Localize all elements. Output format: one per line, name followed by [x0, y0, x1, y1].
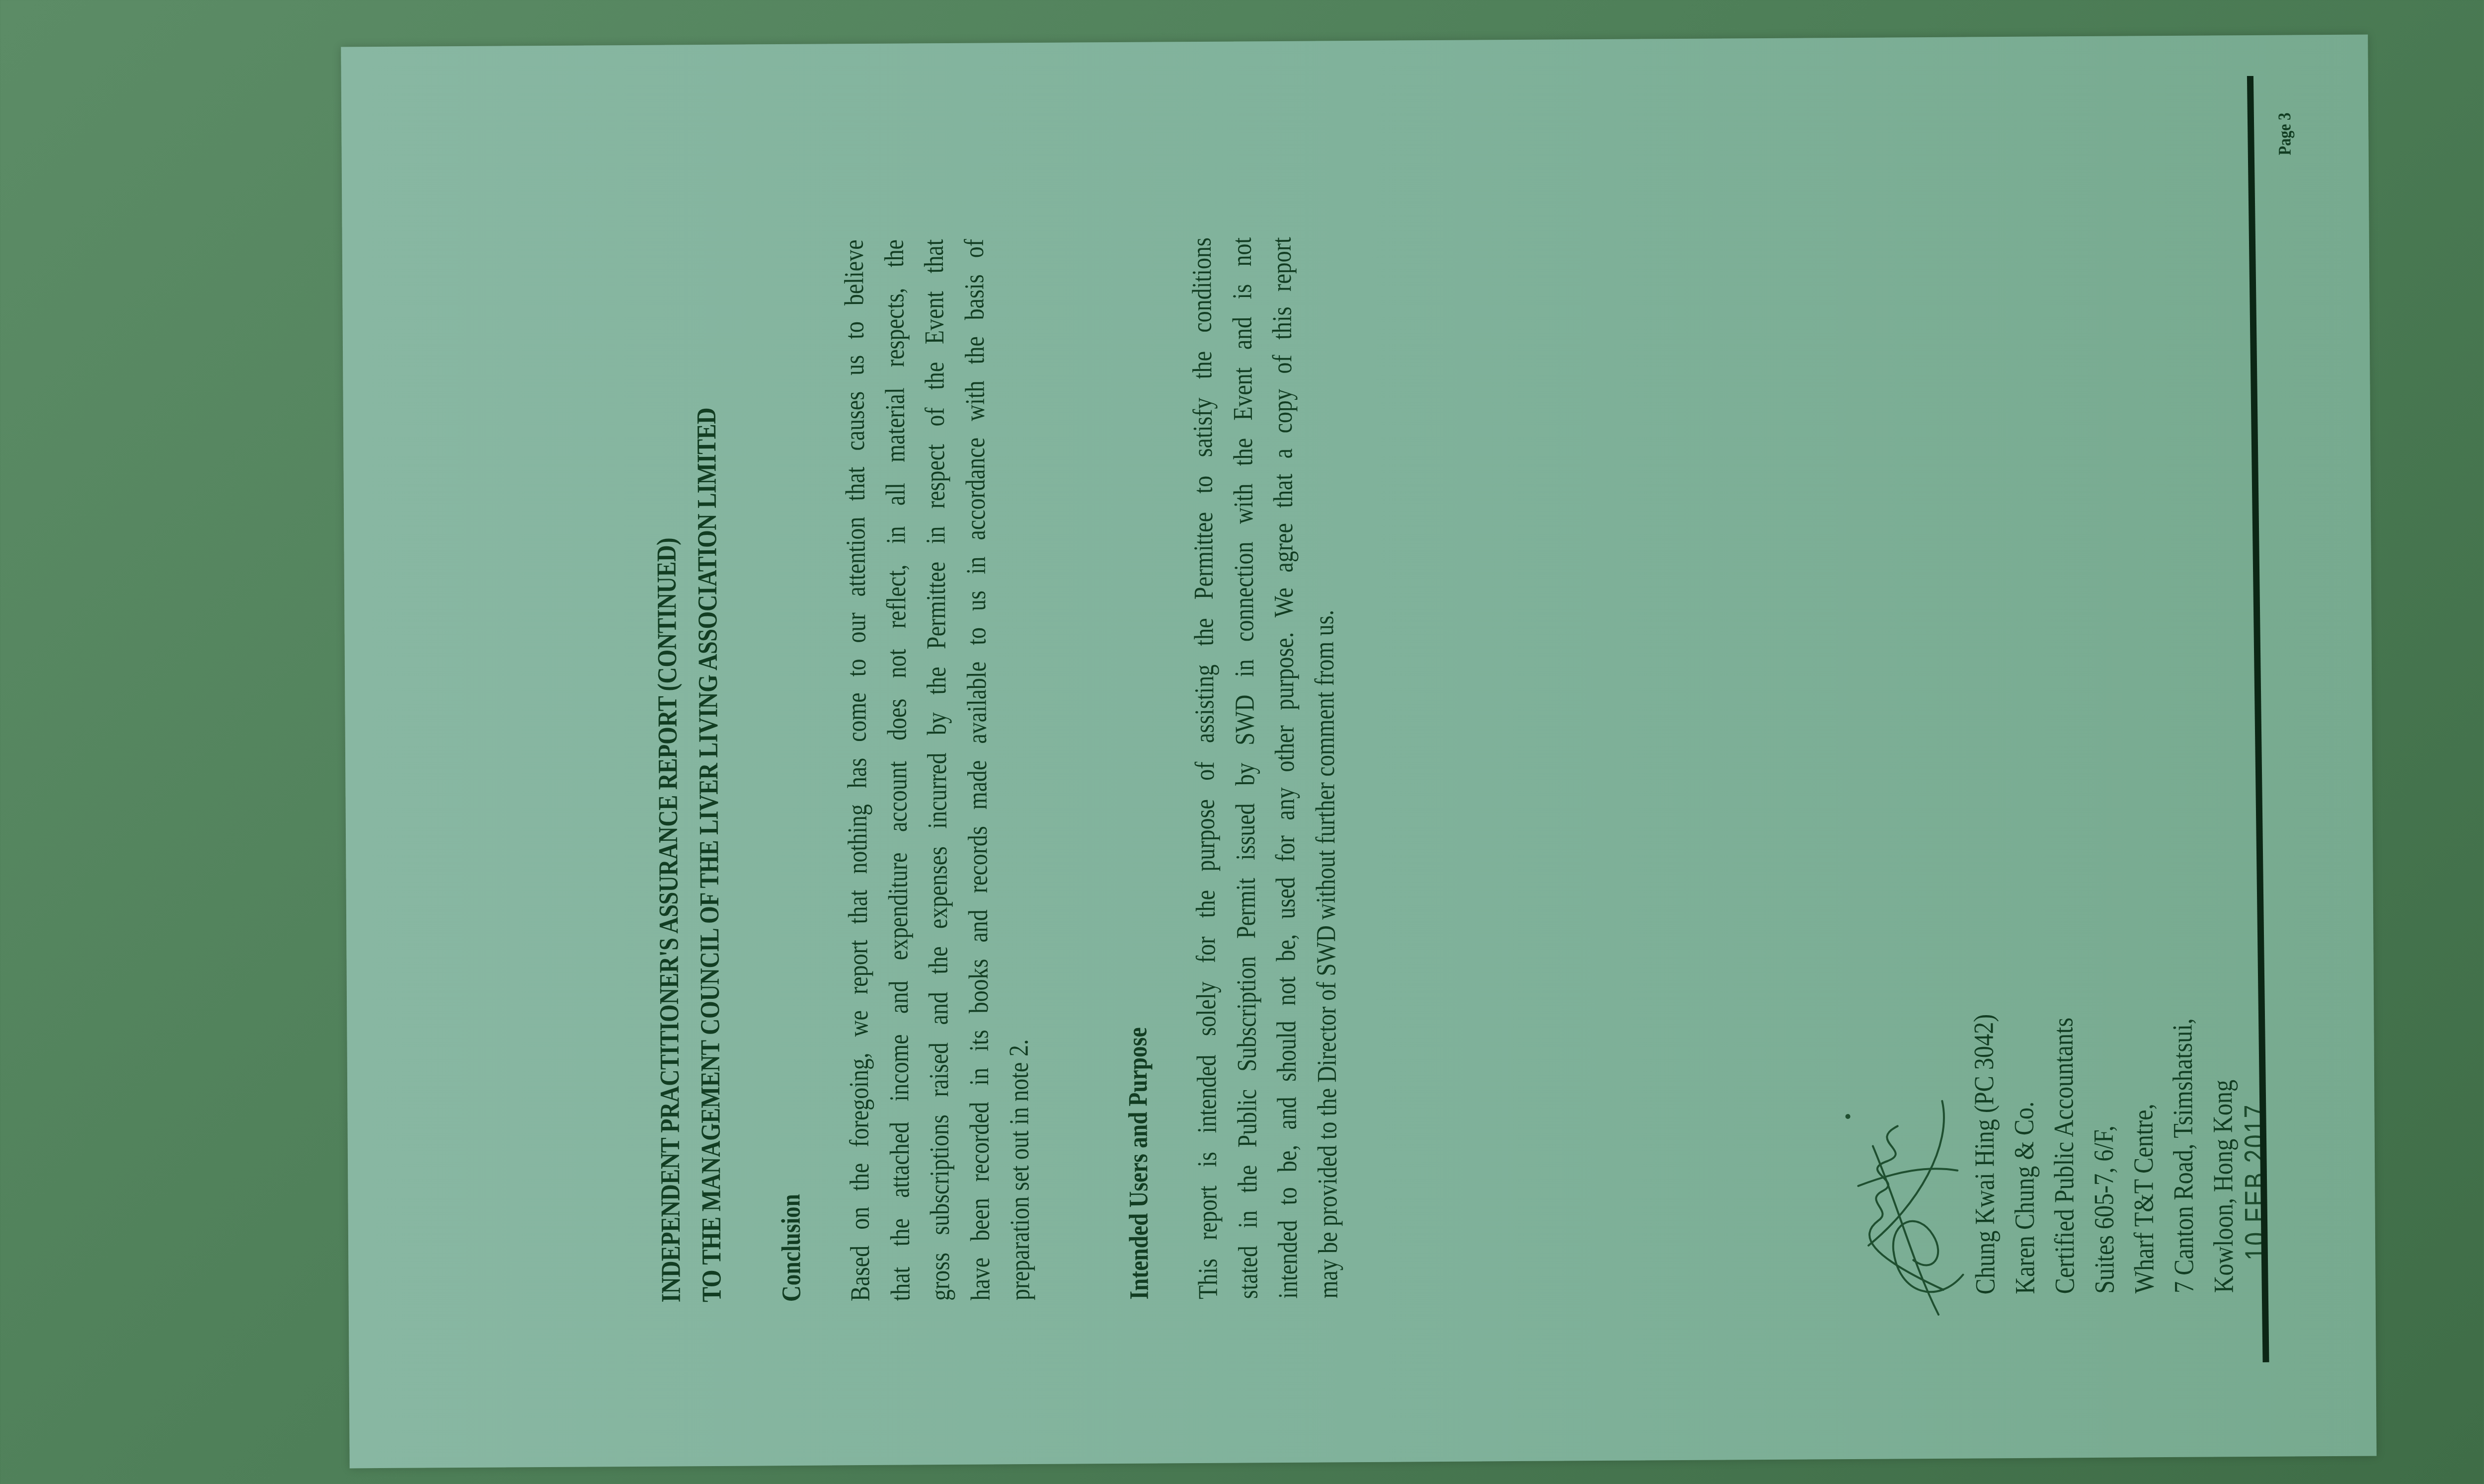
conclusion-paragraph: Based on the foregoing, we report that n… — [834, 238, 1041, 1301]
section-title-conclusion: Conclusion — [775, 1194, 806, 1302]
paragraph-line: intended to be, and should not be, used … — [1262, 237, 1309, 1299]
report-heading: INDEPENDENT PRACTITIONER'S ASSURANCE REP… — [645, 408, 732, 1303]
section-title-intended-users: Intended Users and Purpose — [1122, 1027, 1154, 1300]
paragraph-line: may be provided to the Director of SWD w… — [1302, 237, 1348, 1299]
signatory-block: Chung Kwai Hing (PC 3042) Karen Chung & … — [1964, 1013, 2244, 1295]
firm-designation: Certified Public Accountants — [2043, 1014, 2085, 1294]
address-line: 7 Canton Road, Tsimshatsui, — [2163, 1013, 2204, 1293]
page-number: Page 3 — [2274, 113, 2295, 155]
paper-sheet: INDEPENDENT PRACTITIONER'S ASSURANCE REP… — [341, 35, 2376, 1469]
intended-users-paragraph: This report is intended solely for the p… — [1182, 237, 1348, 1300]
address-line: Suites 605-7, 6/F, — [2083, 1013, 2124, 1294]
paragraph-line: This report is intended solely for the p… — [1182, 237, 1229, 1299]
signatory-name: Chung Kwai Hing (PC 3042) — [1964, 1014, 2005, 1295]
paragraph-line: preparation set out in note 2. — [994, 238, 1041, 1300]
paragraph-line: stated in the Public Subscription Permit… — [1222, 237, 1268, 1299]
document-page: INDEPENDENT PRACTITIONER'S ASSURANCE REP… — [341, 35, 2376, 1469]
heading-line-1: INDEPENDENT PRACTITIONER'S ASSURANCE REP… — [645, 408, 692, 1302]
firm-name: Karen Chung & Co. — [2004, 1014, 2045, 1294]
paragraph-line: that the attached income and expenditure… — [874, 239, 921, 1301]
paragraph-line: have been recorded in its books and reco… — [954, 239, 1001, 1301]
paragraph-line: gross subscriptions raised and the expen… — [914, 239, 961, 1301]
heading-line-2: TO THE MANAGEMENT COUNCIL OF THE LIVER L… — [686, 408, 732, 1302]
handwritten-signature-icon — [1838, 1076, 1968, 1336]
address-line: Wharf T&T Centre, — [2123, 1013, 2164, 1294]
paragraph-line: Based on the foregoing, we report that n… — [834, 239, 881, 1301]
date-stamp: 10 FEB 2017 — [2238, 1103, 2274, 1261]
